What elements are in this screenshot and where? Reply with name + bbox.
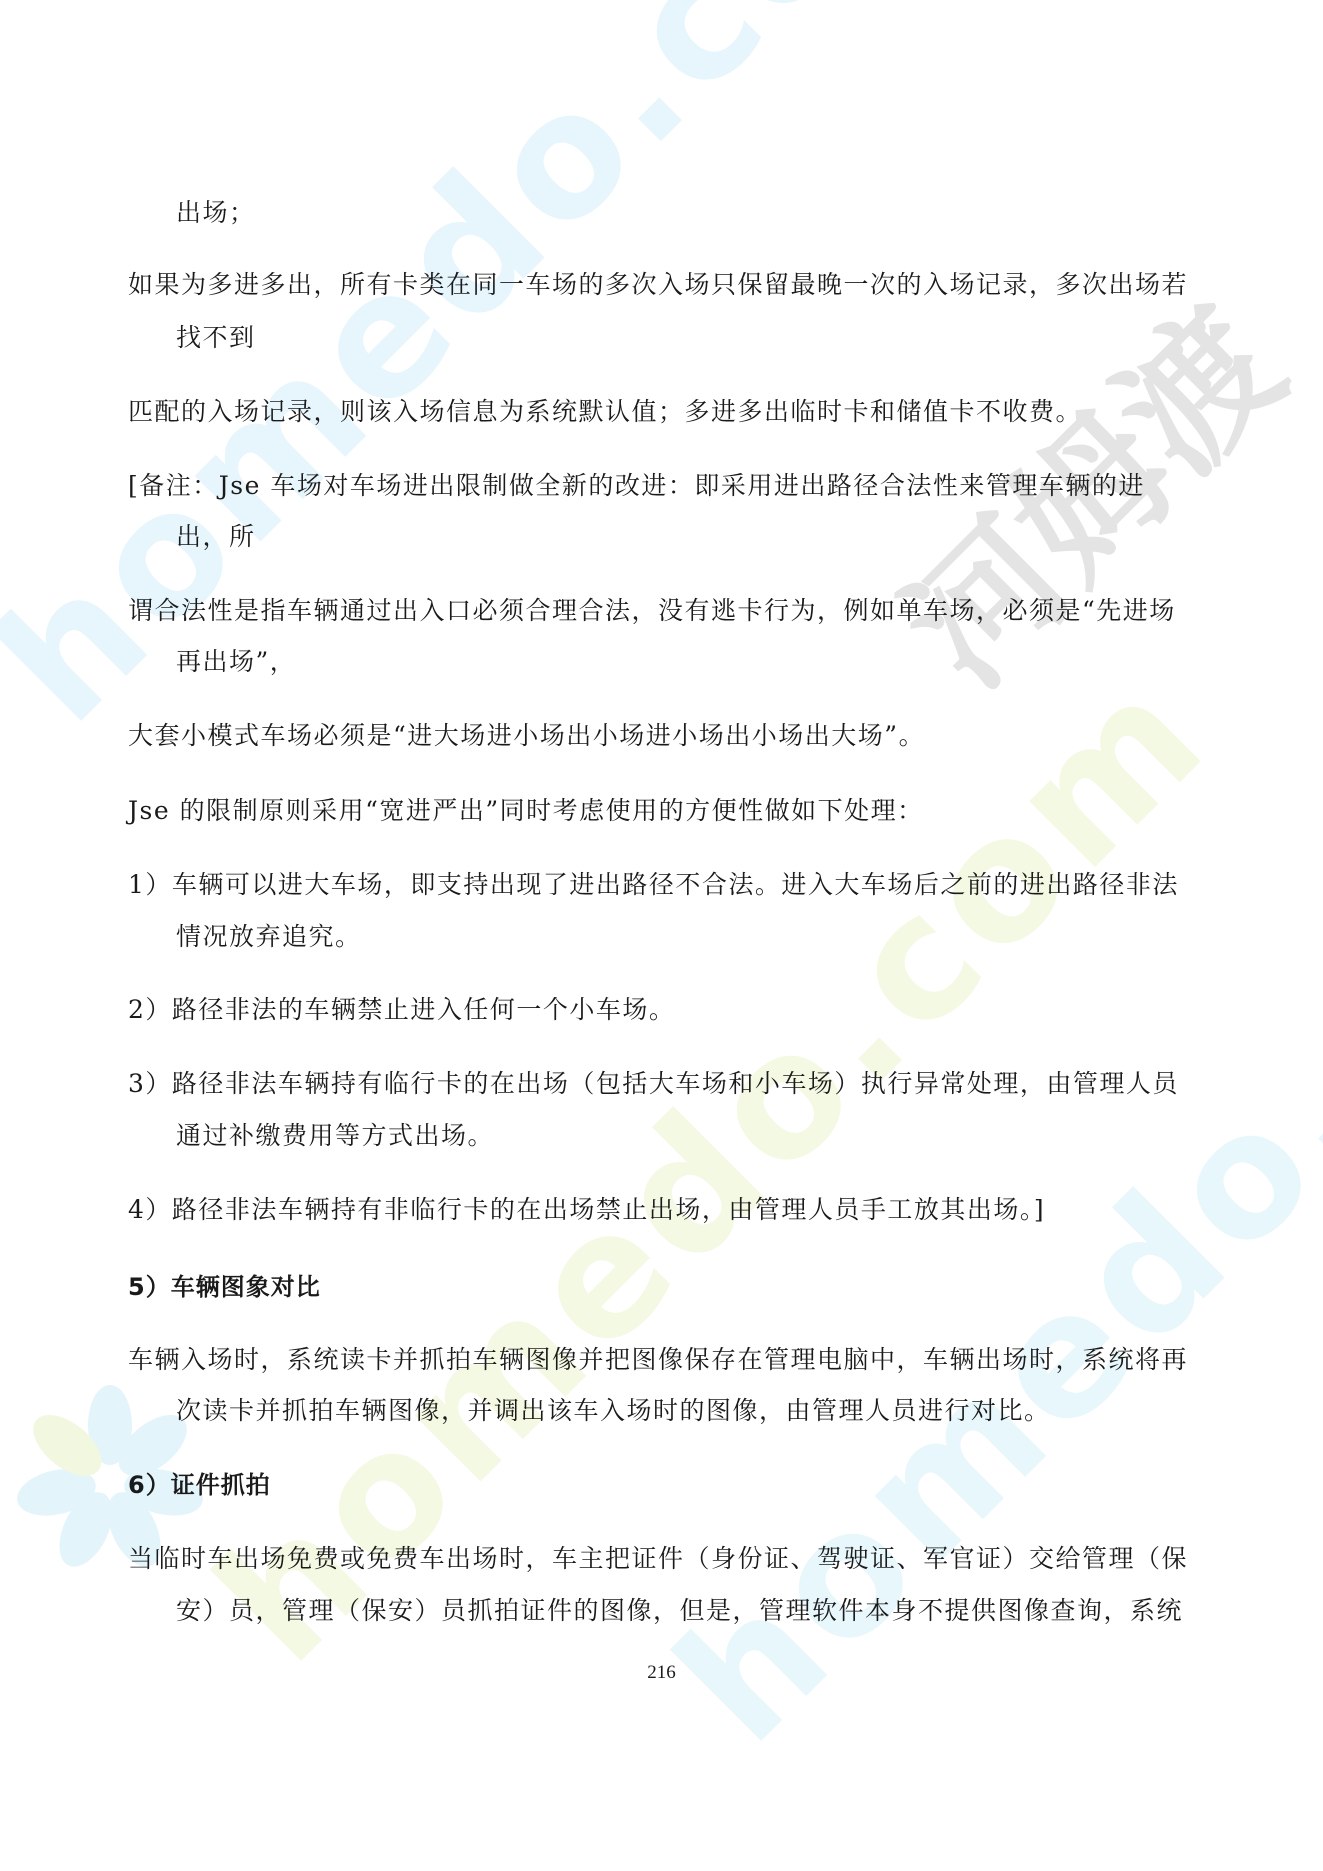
list-item-3-cont: 通过补缴费用等方式出场。: [176, 1121, 494, 1151]
text-line: 谓合法性是指车辆通过出入口必须合理合法，没有逃卡行为，例如单车场，必须是“先进场: [128, 596, 1176, 626]
text-line: 次读卡并抓拍车辆图像，并调出该车入场时的图像，由管理人员进行对比。: [176, 1396, 1051, 1426]
list-item-4: 4）路径非法车辆持有非临行卡的在出场禁止出场，由管理人员手工放其出场。]: [128, 1195, 1045, 1225]
text-line: 出，所: [176, 522, 256, 552]
page-number: 216: [0, 1662, 1323, 1684]
text-line: 找不到: [176, 323, 256, 353]
text-line: 再出场”，: [176, 647, 296, 677]
watermark-brand-en-green: homedo.com: [180, 635, 1245, 1700]
section-heading-id-capture: 6）证件抓拍: [128, 1470, 271, 1500]
text-line: 当临时车出场免费或免费车出场时，车主把证件（身份证、驾驶证、军官证）交给管理（保: [128, 1544, 1188, 1574]
text-line: 出场；: [176, 198, 256, 228]
text-line: 安）员，管理（保安）员抓拍证件的图像，但是，管理软件本身不提供图像查询，系统: [176, 1596, 1183, 1626]
text-line: Jse 的限制原则采用“宽进严出”同时考虑使用的方便性做如下处理：: [128, 796, 924, 826]
list-item-1: 1）车辆可以进大车场，即支持出现了进出路径不合法。进入大车场后之前的进出路径非法: [128, 870, 1179, 900]
list-item-2: 2）路径非法的车辆禁止进入任何一个小车场。: [128, 995, 675, 1025]
text-line: 如果为多进多出，所有卡类在同一车场的多次入场只保留最晚一次的入场记录，多次出场若: [128, 270, 1188, 300]
text-line: 匹配的入场记录，则该入场信息为系统默认值；多进多出临时卡和储值卡不收费。: [128, 397, 1082, 427]
section-heading-vehicle-image-compare: 5）车辆图象对比: [128, 1272, 321, 1302]
text-line: 车辆入场时，系统读卡并抓拍车辆图像并把图像保存在管理电脑中，车辆出场时，系统将再: [128, 1345, 1188, 1375]
list-item-3: 3）路径非法车辆持有临行卡的在出场（包括大车场和小车场）执行异常处理，由管理人员: [128, 1069, 1179, 1099]
list-item-1-cont: 情况放弃追究。: [176, 922, 362, 952]
text-line: 大套小模式车场必须是“进大场进小场出小场进小场出小场出大场”。: [128, 721, 925, 751]
watermark-brand-en-cyan: homedo.com: [0, 0, 1025, 760]
text-line: [备注：Jse 车场对车场进出限制做全新的改进：即采用进出路径合法性来管理车辆的…: [128, 471, 1145, 501]
